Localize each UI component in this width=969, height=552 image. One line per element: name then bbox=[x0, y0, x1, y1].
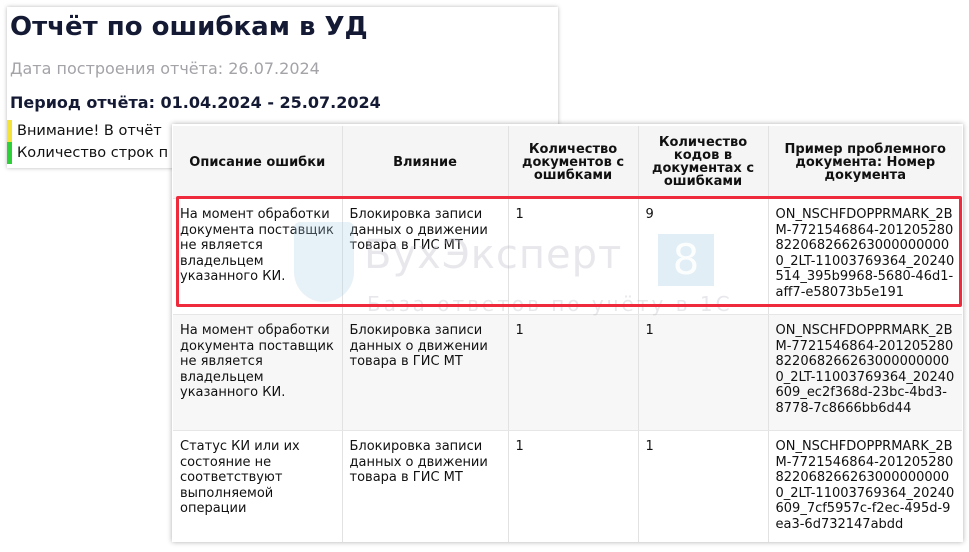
cell-impact: Блокировка записи данных о движении това… bbox=[342, 431, 508, 543]
report-title: Отчёт по ошибкам в УД bbox=[10, 12, 368, 42]
cell-codes-count: 1 bbox=[638, 431, 768, 543]
report-build-date: Дата построения отчёта: 26.07.2024 bbox=[10, 59, 320, 78]
table-row: Статус КИ или их состояние не соответств… bbox=[173, 431, 962, 543]
report-period: Период отчёта: 01.04.2024 - 25.07.2024 bbox=[10, 93, 381, 112]
row-count-notice-text: Количество строк п bbox=[17, 145, 168, 161]
errors-table-panel: Описание ошибки Влияние Количество докум… bbox=[172, 124, 963, 542]
column-header-example-doc: Пример проблемного документа: Номер доку… bbox=[768, 126, 962, 199]
cell-description: Статус КИ или их состояние не соответств… bbox=[173, 431, 342, 543]
column-header-docs-count: Количество документов с ошибками bbox=[508, 126, 638, 199]
table-row: На момент обработки документа поставщик … bbox=[173, 315, 962, 431]
column-header-impact: Влияние bbox=[342, 126, 508, 199]
cell-codes-count: 9 bbox=[638, 199, 768, 315]
cell-example-doc: ON_NSCHFDOPPRMARK_2BM-7721546864-2012052… bbox=[768, 431, 962, 543]
cell-docs-count: 1 bbox=[508, 199, 638, 315]
cell-impact: Блокировка записи данных о движении това… bbox=[342, 199, 508, 315]
column-header-codes-count: Количество кодов в документах с ошибками bbox=[638, 126, 768, 199]
cell-docs-count: 1 bbox=[508, 431, 638, 543]
cell-codes-count: 1 bbox=[638, 315, 768, 431]
cell-example-doc: ON_NSCHFDOPPRMARK_2BM-7721546864-2012052… bbox=[768, 315, 962, 431]
warning-notice-text: Внимание! В отчёт bbox=[17, 123, 162, 139]
table-row: На момент обработки документа поставщик … bbox=[173, 199, 962, 315]
errors-table: Описание ошибки Влияние Количество докум… bbox=[173, 126, 962, 542]
cell-docs-count: 1 bbox=[508, 315, 638, 431]
cell-example-doc: ON_NSCHFDOPPRMARK_2BM-7721546864-2012052… bbox=[768, 199, 962, 315]
table-header-row: Описание ошибки Влияние Количество докум… bbox=[173, 126, 962, 199]
cell-description: На момент обработки документа поставщик … bbox=[173, 199, 342, 315]
cell-impact: Блокировка записи данных о движении това… bbox=[342, 315, 508, 431]
cell-description: На момент обработки документа поставщик … bbox=[173, 315, 342, 431]
column-header-description: Описание ошибки bbox=[173, 126, 342, 199]
